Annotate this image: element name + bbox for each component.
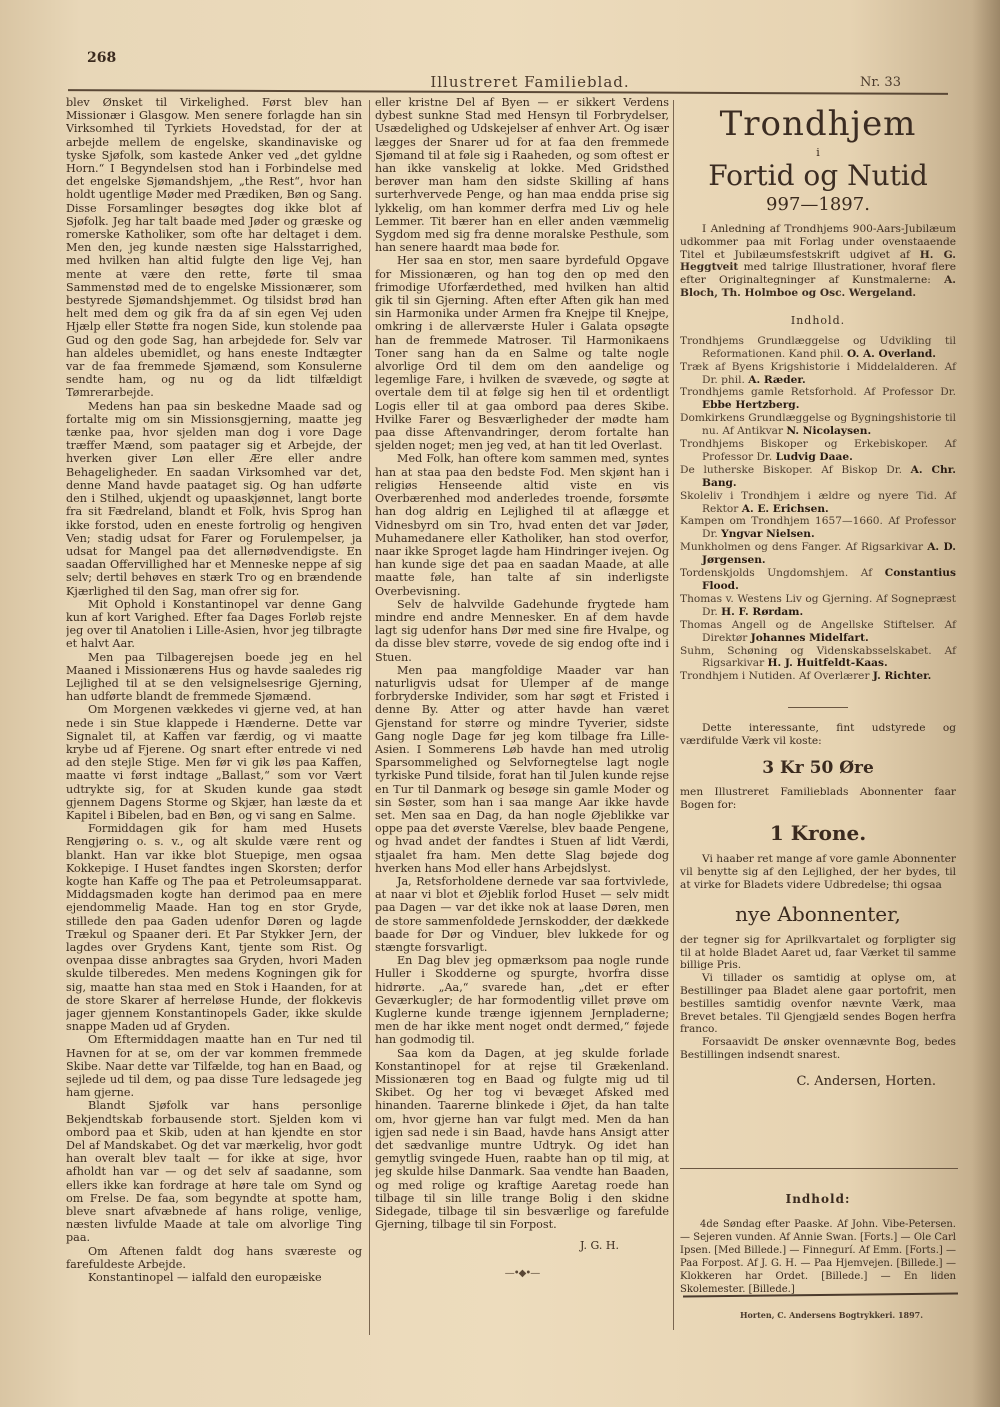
ad-connector: i	[680, 146, 956, 159]
ad-intro: I Anledning af Trondhjems 900-Aars-Jubil…	[680, 223, 956, 300]
ornament-divider: —•◆•—	[375, 1267, 669, 1280]
toc-item: Trondhjems Grundlæggelse og Udvikling ti…	[680, 335, 956, 361]
article-column-1: blev Ønsket til Virkelighed. Først blev …	[66, 96, 362, 1336]
page-number: 268	[87, 50, 116, 66]
paragraph: blev Ønsket til Virkelighed. Først blev …	[66, 96, 362, 400]
paragraph: Om Aftenen faldt dog hans sværeste og fa…	[66, 1245, 362, 1271]
toc-item: Tordenskjolds Ungdomshjem. Af Constantiu…	[680, 567, 956, 593]
ad-years: 997—1897.	[680, 194, 956, 215]
paragraph: Men paa Tilbagerejsen boede jeg en hel M…	[66, 651, 362, 704]
toc-item: Domkirkens Grundlæggelse og Bygningshist…	[680, 412, 956, 438]
advertisement-column: Trondhjem i Fortid og Nutid 997—1897. I …	[680, 96, 956, 1089]
toc-item: Suhm, Schøning og Videnskabsselskabet. A…	[680, 645, 956, 671]
table-of-contents: Trondhjems Grundlæggelse og Udvikling ti…	[680, 335, 956, 683]
publication-title: Illustreret Familieblad.	[380, 73, 680, 91]
toc-item: Trondhjem i Nutiden. Af Overlærer J. Ric…	[680, 670, 956, 683]
page-shadow	[972, 0, 1000, 1407]
paragraph: Med Folk, han oftere kom sammen med, syn…	[375, 452, 669, 597]
order-text: Forsaavidt De ønsker ovennævnte Bog, bed…	[680, 1036, 956, 1062]
toc-heading: Indhold.	[680, 314, 956, 327]
author-initials: J. G. H.	[375, 1239, 669, 1252]
postage-text: Vi tillader os samtidig at oplyse om, at…	[680, 972, 956, 1036]
paragraph: Mit Ophold i Konstantinopel var denne Ga…	[66, 598, 362, 651]
paragraph: Medens han paa sin beskedne Maade sad og…	[66, 400, 362, 598]
article-column-2: eller kristne Del af Byen — er sikkert V…	[375, 96, 669, 1280]
paragraph: Blandt Sjøfolk var hans personlige Bekje…	[66, 1099, 362, 1244]
toc-item: Kampen om Trondhjem 1657—1660. Af Profes…	[680, 515, 956, 541]
section-rule	[788, 707, 848, 708]
new-subscribers-heading: nye Abonnenter,	[680, 902, 956, 926]
paragraph: Om Morgenen vækkedes vi gjerne ved, at h…	[66, 703, 362, 822]
toc-item: Træk af Byens Krigshistorie i Middelalde…	[680, 361, 956, 387]
subscriber-text: men Illustreret Familieblads Abonnenter …	[680, 786, 956, 812]
paragraph: Formiddagen gik for ham med Husets Rengj…	[66, 822, 362, 1033]
paragraph: Konstantinopel — ialfald den europæiske	[66, 1271, 362, 1284]
column-divider-1	[369, 100, 370, 1335]
ad-title: Trondhjem	[680, 104, 956, 144]
column-divider-2	[673, 100, 674, 1330]
ad-subtitle: Fortid og Nutid	[680, 159, 956, 192]
price-intro: Dette interessante, fint udstyrede og væ…	[680, 722, 956, 748]
paragraph: Men paa mangfoldige Maader var han natur…	[375, 664, 669, 875]
toc-item: Trondhjems gamle Retsforhold. Af Profess…	[680, 386, 956, 412]
paragraph: Selv de halvvilde Gadehunde frygtede ham…	[375, 598, 669, 664]
toc-item: Munkholmen og dens Fanger. Af Rigsarkiva…	[680, 541, 956, 567]
toc-item: Thomas v. Westens Liv og Gjerning. Af So…	[680, 593, 956, 619]
toc-item: Skoleliv i Trondhjem i ældre og nyere Ti…	[680, 490, 956, 516]
printer-imprint: Horten, C. Andersens Bogtrykkeri. 1897.	[740, 1310, 923, 1320]
issue-number: Nr. 33	[860, 75, 901, 90]
publisher-signature: C. Andersen, Horten.	[680, 1074, 956, 1089]
toc-item: De lutherske Biskoper. Af Biskop Dr. A. …	[680, 464, 956, 490]
toc-item: Thomas Angell og de Angellske Stiftelser…	[680, 619, 956, 645]
hope-text: Vi haaber ret mange af vore gamle Abonne…	[680, 853, 956, 891]
contents-heading: Indhold:	[680, 1192, 956, 1206]
paragraph: Ja, Retsforholdene dernede var saa fortv…	[375, 875, 669, 954]
paragraph: Saa kom da Dagen, at jeg skulde forlade …	[375, 1047, 669, 1232]
contents-rule-top	[680, 1168, 958, 1169]
issue-contents: Indhold: 4de Søndag efter Paaske. Af Joh…	[680, 1172, 956, 1306]
price: 3 Kr 50 Øre	[680, 758, 956, 778]
paragraph: Om Eftermiddagen maatte han en Tur ned t…	[66, 1033, 362, 1099]
new-subscriber-text: der tegner sig for Aprilkvartalet og for…	[680, 934, 956, 972]
paragraph: Her saa en stor, men saare byrdefuld Opg…	[375, 254, 669, 452]
contents-body: 4de Søndag efter Paaske. Af John. Vibe-P…	[680, 1218, 956, 1296]
subscriber-price: 1 Krone.	[680, 821, 956, 845]
paragraph: eller kristne Del af Byen — er sikkert V…	[375, 96, 669, 254]
paragraph: En Dag blev jeg opmærksom paa nogle rund…	[375, 954, 669, 1046]
toc-item: Trondhjems Biskoper og Erkebiskoper. Af …	[680, 438, 956, 464]
